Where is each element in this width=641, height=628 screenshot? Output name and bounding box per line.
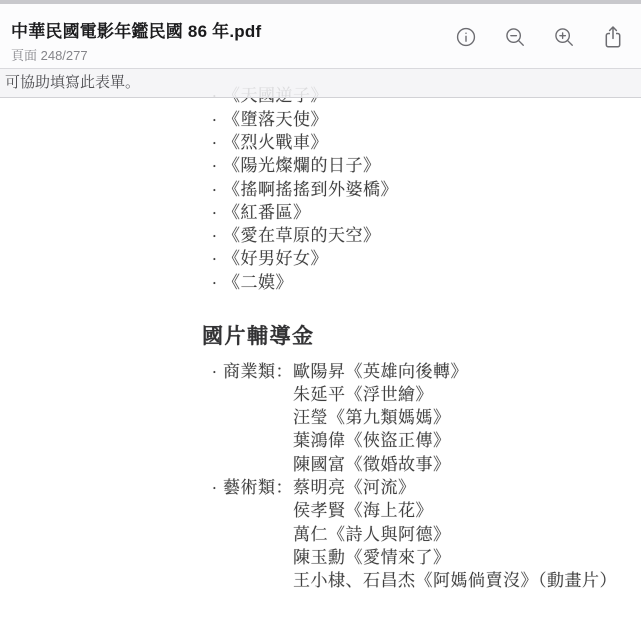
document-title-block: 中華民國電影年鑑民國 86 年.pdf 頁面 248/277 — [11, 17, 261, 64]
grant-entry: 陳玉勳《愛情來了》 — [293, 547, 617, 570]
list-item: ·《陽光燦爛的日子》 — [212, 155, 398, 178]
list-bullet: · — [212, 132, 223, 155]
grant-entry: 朱延平《浮世繪》 — [293, 384, 468, 407]
document-title: 中華民國電影年鑑民國 86 年.pdf — [11, 17, 261, 42]
grant-category-commercial: · 商業類： 歐陽昇《英雄向後轉》 朱延平《浮世繪》 汪瑩《第九類媽媽》 葉鴻偉… — [212, 361, 617, 477]
category-entries: 蔡明亮《河流》 侯孝賢《海上花》 萬仁《詩人與阿德》 陳玉勳《愛情來了》 王小棣… — [293, 477, 617, 593]
autofill-banner-text: 可協助填寫此表單。 — [5, 69, 641, 97]
category-label: 藝術類： — [223, 477, 293, 500]
film-title: 《紅番區》 — [223, 203, 311, 223]
pdf-page-content[interactable]: ·《天國逆子》 ·《墮落天使》 ·《烈火戰車》 ·《陽光燦爛的日子》 ·《搖啊搖… — [0, 68, 641, 628]
share-icon — [601, 24, 625, 50]
grant-entry: 侯孝賢《海上花》 — [293, 500, 617, 523]
info-icon — [455, 26, 477, 48]
grant-entry: 歐陽昇《英雄向後轉》 — [293, 361, 468, 384]
list-item: ·《搖啊搖搖到外婆橋》 — [212, 179, 398, 202]
list-bullet: · — [212, 155, 223, 178]
viewer-toolbar — [455, 24, 624, 50]
list-bullet: · — [212, 109, 223, 132]
page-indicator: 頁面 248/277 — [11, 45, 261, 64]
grant-entry: 蔡明亮《河流》 — [293, 477, 617, 500]
list-item: ·《烈火戰車》 — [212, 132, 398, 155]
viewer-header: 中華民國電影年鑑民國 86 年.pdf 頁面 248/277 — [0, 4, 641, 68]
grant-entry: 汪瑩《第九類媽媽》 — [293, 407, 468, 430]
list-bullet: · — [212, 272, 223, 295]
category-entries: 歐陽昇《英雄向後轉》 朱延平《浮世繪》 汪瑩《第九類媽媽》 葉鴻偉《俠盜正傳》 … — [293, 361, 468, 477]
info-button[interactable] — [455, 24, 477, 50]
list-item: ·《二嫫》 — [212, 272, 398, 295]
grant-category-art: · 藝術類： 蔡明亮《河流》 侯孝賢《海上花》 萬仁《詩人與阿德》 陳玉勳《愛情… — [212, 477, 617, 593]
film-title: 《陽光燦爛的日子》 — [223, 156, 381, 176]
grant-category-list: · 商業類： 歐陽昇《英雄向後轉》 朱延平《浮世繪》 汪瑩《第九類媽媽》 葉鴻偉… — [212, 361, 617, 594]
film-title: 《搖啊搖搖到外婆橋》 — [223, 180, 398, 200]
grant-entry: 葉鴻偉《俠盜正傳》 — [293, 430, 468, 453]
pdf-viewer-window: 中華民國電影年鑑民國 86 年.pdf 頁面 248/277 — [0, 0, 641, 628]
autofill-banner: 可協助填寫此表單。 — [0, 68, 641, 98]
zoom-in-button[interactable] — [553, 24, 575, 50]
list-item: ·《墮落天使》 — [212, 109, 398, 132]
list-item: ·《好男好女》 — [212, 248, 398, 271]
grant-entry: 王小棣、石昌杰《阿媽倘賣沒》（動畫片） — [293, 570, 617, 593]
list-item: ·《愛在草原的天空》 — [212, 225, 398, 248]
film-title: 《烈火戰車》 — [223, 133, 328, 153]
film-title: 《墮落天使》 — [223, 110, 328, 130]
list-bullet: · — [212, 248, 223, 271]
list-bullet: · — [212, 202, 223, 225]
list-bullet: · — [212, 361, 223, 384]
zoom-out-icon — [504, 26, 526, 48]
film-title: 《愛在草原的天空》 — [223, 226, 381, 246]
share-button[interactable] — [602, 24, 624, 50]
film-title: 《二嫫》 — [223, 273, 293, 293]
film-title: 《好男好女》 — [223, 249, 328, 269]
grant-entry: 萬仁《詩人與阿德》 — [293, 524, 617, 547]
grant-entry: 陳國富《徵婚故事》 — [293, 454, 468, 477]
list-bullet: · — [212, 477, 223, 500]
zoom-out-button[interactable] — [504, 24, 526, 50]
film-title-list: ·《天國逆子》 ·《墮落天使》 ·《烈火戰車》 ·《陽光燦爛的日子》 ·《搖啊搖… — [212, 85, 398, 295]
list-bullet: · — [212, 225, 223, 248]
section-heading: 國片輔導金 — [202, 320, 315, 350]
zoom-in-icon — [553, 26, 575, 48]
list-item: ·《紅番區》 — [212, 202, 398, 225]
category-label: 商業類： — [223, 361, 293, 384]
list-bullet: · — [212, 179, 223, 202]
